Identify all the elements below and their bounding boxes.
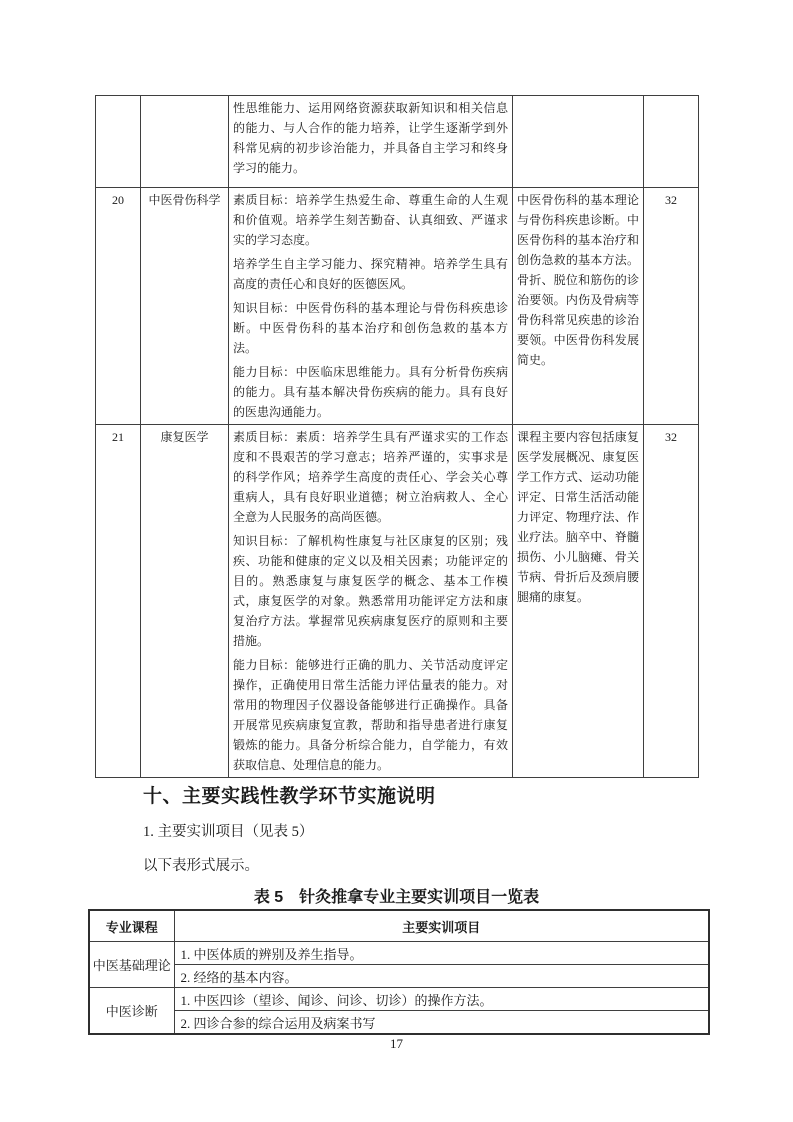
course-objectives-cell: 性思维能力、运用网络资源获取新知识和相关信息的能力、与人合作的能力培养，让学生逐…: [229, 96, 513, 188]
content-paragraph: 中医骨伤科的基本理论与骨伤科疾患诊断。中医骨伤科的基本治疗和创伤急救的基本方法。…: [517, 190, 639, 370]
objective-paragraph: 培养学生自主学习能力、探究精神。培养学生具有高度的责任心和良好的医德医风。: [233, 254, 508, 294]
training-item-cell: 1. 中医体质的辨别及养生指导。: [174, 942, 709, 965]
objective-paragraph: 知识目标：了解机构性康复与社区康复的区别；残疾、功能和健康的定义以及相关因素；功…: [233, 531, 508, 651]
course-content-cell: [513, 96, 644, 188]
header-projects-column: 主要实训项目: [174, 910, 709, 942]
objective-paragraph: 性思维能力、运用网络资源获取新知识和相关信息的能力、与人合作的能力培养，让学生逐…: [233, 98, 508, 178]
objective-paragraph: 知识目标：中医骨伤科的基本理论与骨伤科疾患诊断。中医骨伤科的基本治疗和创伤急救的…: [233, 298, 508, 358]
course-index-cell: [96, 96, 141, 188]
course-objectives-table: 性思维能力、运用网络资源获取新知识和相关信息的能力、与人合作的能力培养，让学生逐…: [95, 95, 699, 778]
training-course-cell: 中医基础理论: [89, 942, 174, 988]
section-paragraph: 以下表形式展示。: [143, 854, 259, 875]
content-paragraph: 课程主要内容包括康复医学发展概况、康复医学工作方式、运动功能评定、日常生活活动能…: [517, 427, 639, 607]
training-table-row: 2. 四诊合参的综合运用及病案书写: [89, 1011, 709, 1035]
course-row-continued: 性思维能力、运用网络资源获取新知识和相关信息的能力、与人合作的能力培养，让学生逐…: [96, 96, 699, 188]
objective-paragraph: 能力目标：能够进行正确的肌力、关节活动度评定操作，正确使用日常生活能力评估量表的…: [233, 655, 508, 775]
course-hours-cell: 32: [644, 188, 699, 425]
course-index-cell: 21: [96, 425, 141, 778]
document-page: 性思维能力、运用网络资源获取新知识和相关信息的能力、与人合作的能力培养，让学生逐…: [0, 0, 793, 1122]
page-number: 17: [0, 1036, 793, 1052]
course-hours-cell: [644, 96, 699, 188]
course-objectives-cell: 素质目标：培养学生热爱生命、尊重生命的人生观和价值观。培养学生刻苦勤奋、认真细致…: [229, 188, 513, 425]
objective-paragraph: 素质目标：培养学生热爱生命、尊重生命的人生观和价值观。培养学生刻苦勤奋、认真细致…: [233, 190, 508, 250]
section-paragraph: 1. 主要实训项目（见表 5）: [143, 820, 313, 841]
course-objectives-cell: 素质目标：素质：培养学生具有严谨求实的工作态度和不畏艰苦的学习意志；培养严谨的，…: [229, 425, 513, 778]
course-hours-cell: 32: [644, 425, 699, 778]
course-name-cell: 康复医学: [141, 425, 229, 778]
training-item-cell: 2. 四诊合参的综合运用及病案书写: [174, 1011, 709, 1035]
training-projects-table: 专业课程 主要实训项目 中医基础理论 1. 中医体质的辨别及养生指导。 2. 经…: [88, 909, 710, 1035]
course-name-cell: 中医骨伤科学: [141, 188, 229, 425]
course-row-20: 20 中医骨伤科学 素质目标：培养学生热爱生命、尊重生命的人生观和价值观。培养学…: [96, 188, 699, 425]
course-index-cell: 20: [96, 188, 141, 425]
training-course-cell: 中医诊断: [89, 988, 174, 1035]
training-table-row: 中医诊断 1. 中医四诊（望诊、闻诊、问诊、切诊）的操作方法。: [89, 988, 709, 1011]
training-table-row: 2. 经络的基本内容。: [89, 965, 709, 988]
course-content-cell: 中医骨伤科的基本理论与骨伤科疾患诊断。中医骨伤科的基本治疗和创伤急救的基本方法。…: [513, 188, 644, 425]
training-table-header-row: 专业课程 主要实训项目: [89, 910, 709, 942]
header-course-column: 专业课程: [89, 910, 174, 942]
section-heading: 十、主要实践性教学环节实施说明: [143, 781, 436, 808]
training-item-cell: 1. 中医四诊（望诊、闻诊、问诊、切诊）的操作方法。: [174, 988, 709, 1011]
objective-paragraph: 能力目标：中医临床思维能力。具有分析骨伤疾病的能力。具有基本解决骨伤疾病的能力。…: [233, 362, 508, 422]
objective-paragraph: 素质目标：素质：培养学生具有严谨求实的工作态度和不畏艰苦的学习意志；培养严谨的，…: [233, 427, 508, 527]
course-content-cell: 课程主要内容包括康复医学发展概况、康复医学工作方式、运动功能评定、日常生活活动能…: [513, 425, 644, 778]
course-row-21: 21 康复医学 素质目标：素质：培养学生具有严谨求实的工作态度和不畏艰苦的学习意…: [96, 425, 699, 778]
training-table-row: 中医基础理论 1. 中医体质的辨别及养生指导。: [89, 942, 709, 965]
training-item-cell: 2. 经络的基本内容。: [174, 965, 709, 988]
table-caption: 表 5 针灸推拿专业主要实训项目一览表: [0, 884, 793, 907]
course-name-cell: [141, 96, 229, 188]
